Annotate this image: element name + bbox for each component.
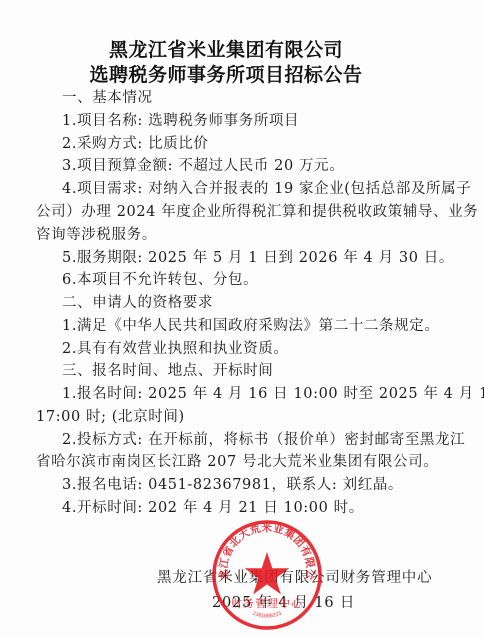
item-license: 2.具有有效营业执照和执业资质。 [62,341,420,357]
section-heading-registration: 三、报名时间、地点、开标时间 [62,363,420,379]
official-seal-icon: 黑龙江省北大荒米业集团有限公司 财务管理中心 2301000233 [210,518,324,632]
item-bid-method: 2.投标方式: 在开标前，将标书（报价单）密封邮寄至黑龙江 [62,432,420,448]
svg-text:2301000233: 2301000233 [252,611,283,620]
item-registration-time: 1.报名时间: 2025 年 4 月 16 日 10:00 时至 2025 年 … [62,386,420,402]
item-budget: 3.项目预算金额: 不超过人民币 20 万元。 [62,158,420,174]
item-procurement-law: 1.满足《中华人民共和国政府采购法》第二十二条规定。 [62,318,420,334]
item-procurement-method: 2.采购方式: 比质比价 [62,136,420,152]
item-bid-opening: 4.开标时间: 202 年 4 月 21 日 10:00 时。 [62,500,420,516]
item-requirements: 4.项目需求: 对纳入合并报表的 19 家企业(包括总部及所属子 [62,181,420,197]
item-phone-contact: 3.报名电话: 0451-82367981，联系人: 刘红晶。 [62,477,420,493]
item-requirements-cont1: 公司）办理 2024 年度企业所得税汇算和提供税收政策辅导、业务 [36,204,420,220]
item-registration-time-cont: 17:00 时; (北京时间) [36,409,420,425]
document-title-line1: 黑龙江省米业集团有限公司 [0,35,452,62]
item-project-name: 1.项目名称: 选聘税务师事务所项目 [62,113,420,129]
item-no-subcontract: 6.本项目不允许转包、分包。 [62,272,420,288]
item-service-period: 5.服务期限: 2025 年 5 月 1 日到 2026 年 4 月 30 日。 [62,250,420,266]
item-bid-method-cont: 省哈尔滨市南岗区长江路 207 号北大荒米业集团有限公司。 [36,454,420,470]
section-heading-basic-info: 一、基本情况 [62,90,420,106]
document-title-line2: 选聘税务师事务所项目招标公告 [0,60,452,87]
section-heading-qualifications: 二、申请人的资格要求 [62,295,420,311]
document-page: 黑龙江省米业集团有限公司 选聘税务师事务所项目招标公告 一、基本情况 1.项目名… [0,0,484,637]
svg-text:财务管理中心: 财务管理中心 [231,596,303,610]
item-requirements-cont2: 咨询等涉税服务。 [36,227,420,243]
